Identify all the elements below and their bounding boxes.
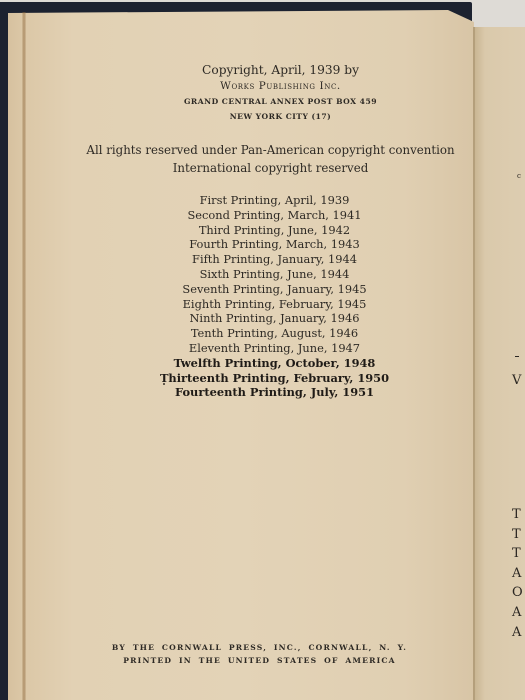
printing-entry: Seventh Printing, January, 1945 bbox=[12, 282, 525, 297]
printing-history: First Printing, April, 1939 Second Print… bbox=[0, 193, 525, 400]
printing-entry: Fourth Printing, March, 1943 bbox=[12, 237, 525, 252]
printing-entry: Second Printing, March, 1941 bbox=[12, 208, 525, 223]
printing-entry: Fourteenth Printing, July, 1951 bbox=[12, 385, 525, 400]
printing-entry: First Printing, April, 1939 bbox=[12, 193, 525, 208]
printer-imprint: BY THE CORNWALL PRESS, INC., CORNWALL, N… bbox=[0, 641, 525, 667]
printing-entry: Thirteenth Printing, February, 1950 bbox=[12, 371, 525, 386]
publisher-city: NEW YORK CITY (17) bbox=[18, 109, 525, 124]
printing-entry: Third Printing, June, 1942 bbox=[12, 223, 525, 238]
facing-letter: T bbox=[512, 505, 523, 525]
facing-page-mark: c bbox=[517, 172, 521, 180]
publisher-address: GRAND CENTRAL ANNEX POST BOX 459 bbox=[18, 94, 525, 109]
printing-entry: Eleventh Printing, June, 1947 bbox=[12, 341, 525, 356]
facing-letter: A bbox=[512, 623, 523, 643]
facing-letter: A bbox=[512, 564, 523, 584]
facing-page-letters: T T T A O A A bbox=[512, 505, 523, 642]
ink-speck bbox=[163, 383, 165, 385]
printing-entry: Ninth Printing, January, 1946 bbox=[12, 311, 525, 326]
printing-entry: Tenth Printing, August, 1946 bbox=[12, 326, 525, 341]
facing-page-top-letter: V bbox=[512, 371, 521, 391]
printing-entry: Sixth Printing, June, 1944 bbox=[12, 267, 525, 282]
facing-letter: T bbox=[512, 544, 523, 564]
publisher-name: Works Publishing Inc. bbox=[18, 78, 525, 94]
facing-letter: V bbox=[512, 371, 521, 391]
copyright-line: Copyright, April, 1939 by bbox=[18, 62, 525, 78]
printing-entry: Twelfth Printing, October, 1948 bbox=[12, 356, 525, 371]
rights-notice: All rights reserved under Pan-American c… bbox=[0, 141, 525, 177]
facing-letter: A bbox=[512, 603, 523, 623]
rights-line-2: International copyright reserved bbox=[8, 159, 525, 177]
printer-line-2: PRINTED IN THE UNITED STATES OF AMERICA bbox=[0, 654, 522, 667]
facing-letter: T bbox=[512, 525, 523, 545]
printing-entry: Eighth Printing, February, 1945 bbox=[12, 297, 525, 312]
printer-line-1: BY THE CORNWALL PRESS, INC., CORNWALL, N… bbox=[0, 641, 522, 654]
copyright-notice: Copyright, April, 1939 by Works Publishi… bbox=[0, 62, 525, 124]
rights-line-1: All rights reserved under Pan-American c… bbox=[8, 141, 525, 159]
facing-page-tick bbox=[515, 356, 519, 357]
printing-entry: Fifth Printing, January, 1944 bbox=[12, 252, 525, 267]
facing-letter: O bbox=[512, 583, 523, 603]
